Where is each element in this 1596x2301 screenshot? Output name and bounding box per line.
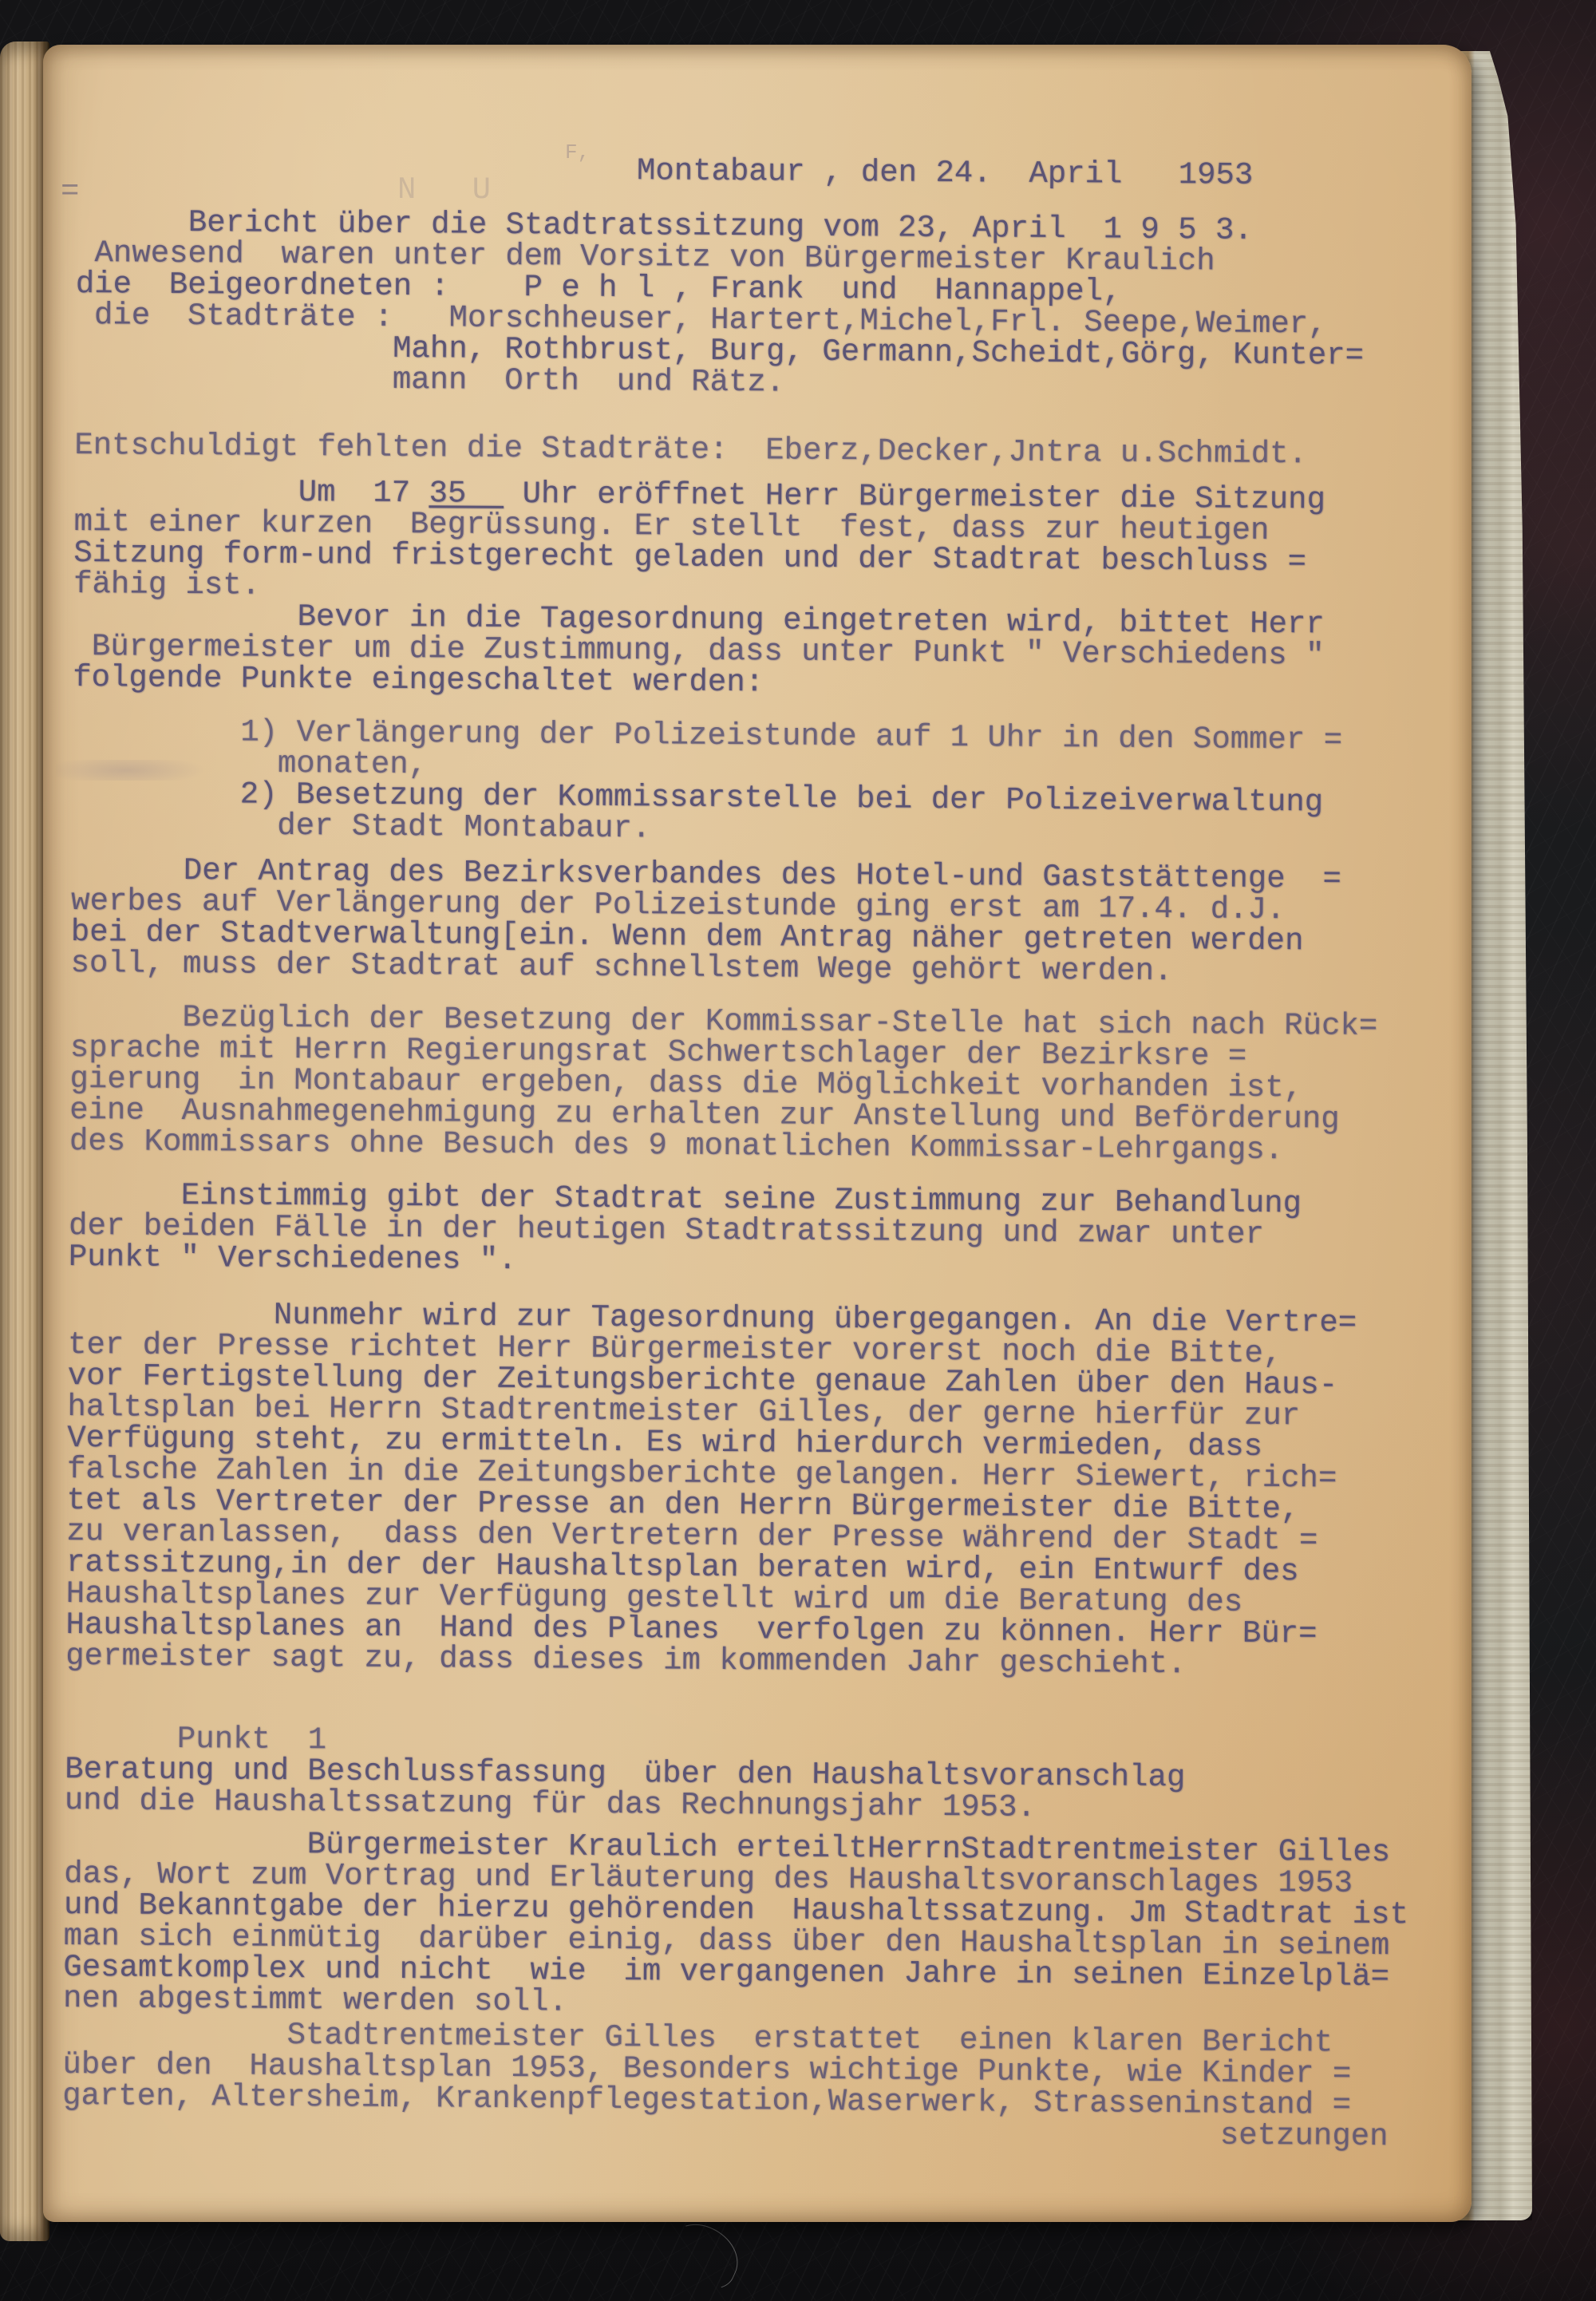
paragraph: Um 17 35 Uhr eröffnet Herr Bürgermeister…: [73, 476, 1479, 611]
paragraph: Bevor in die Tagesordnung eingetreten wi…: [73, 600, 1478, 704]
paragraph: Beratung und Beschlussfassung über den H…: [65, 1754, 1470, 1827]
paragraph: Entschuldigt fehlten die Stadträte: Eber…: [74, 430, 1479, 472]
paragraph: Einstimmig gibt der Stadtrat seine Zusti…: [69, 1180, 1474, 1283]
typed-segment: Montabaur , den 24. April 1953: [77, 149, 1254, 193]
typed-segment: nen abgestimmt werden soll.: [63, 1981, 567, 2020]
paragraph: Der Antrag des Bezirksverbandes des Hote…: [70, 855, 1476, 990]
paragraph: Bericht über die Stadtratssitzung vom 23…: [75, 207, 1481, 404]
ghost-mark-small: F,: [565, 140, 590, 164]
paragraph: Bürgermeister Kraulich erteiltHerrnStadt…: [63, 1828, 1469, 2025]
typed-segment: Punkt 1: [65, 1721, 326, 1757]
paragraph: Nunmehr wird zur Tagesordnung übergegang…: [65, 1299, 1472, 1682]
paragraph: Bezüglich der Besetzung der Kommissar-St…: [69, 1002, 1475, 1168]
underline-mark: 35: [429, 476, 504, 512]
typed-segment: Entschuldigt fehlten die Stadträte: Eber…: [74, 428, 1307, 472]
typed-text: Montabaur , den 24. April 1953 Bericht ü…: [62, 152, 1481, 2153]
typed-segment: soll, muss der Stadtrat auf schnellstem …: [70, 946, 1172, 989]
paragraph: 1) Verlängerung der Polizeistunde auf 1 …: [72, 716, 1477, 789]
typed-segment: mann Orth und Rätz.: [75, 360, 785, 401]
typed-segment: germeister sagt zu, dass dieses im komme…: [65, 1639, 1187, 1682]
typed-line: des Kommissars ohne Besuch des 9 monatli…: [69, 1126, 1474, 1168]
typed-segment: und die Haushaltssatzung für das Rechnun…: [65, 1783, 1036, 1825]
ink-smudge: [56, 760, 231, 781]
page-left-fore-edge: [0, 42, 49, 2241]
typed-line: Entschuldigt fehlten die Stadträte: Eber…: [74, 430, 1479, 472]
typed-segment: der Stadt Montabaur.: [72, 807, 651, 846]
margin-equals-mark: =: [61, 174, 79, 209]
scan-photo: Montabaur , den 24. April 1953 Bericht ü…: [0, 0, 1596, 2301]
typed-segment: fähig ist.: [73, 567, 260, 603]
ghost-mark: N U: [397, 172, 491, 208]
paragraph: 2) Besetzung der Kommissarstelle bei der…: [72, 778, 1477, 851]
paragraph: Stadtrentmeister Gilles erstattet einen …: [62, 2018, 1468, 2153]
